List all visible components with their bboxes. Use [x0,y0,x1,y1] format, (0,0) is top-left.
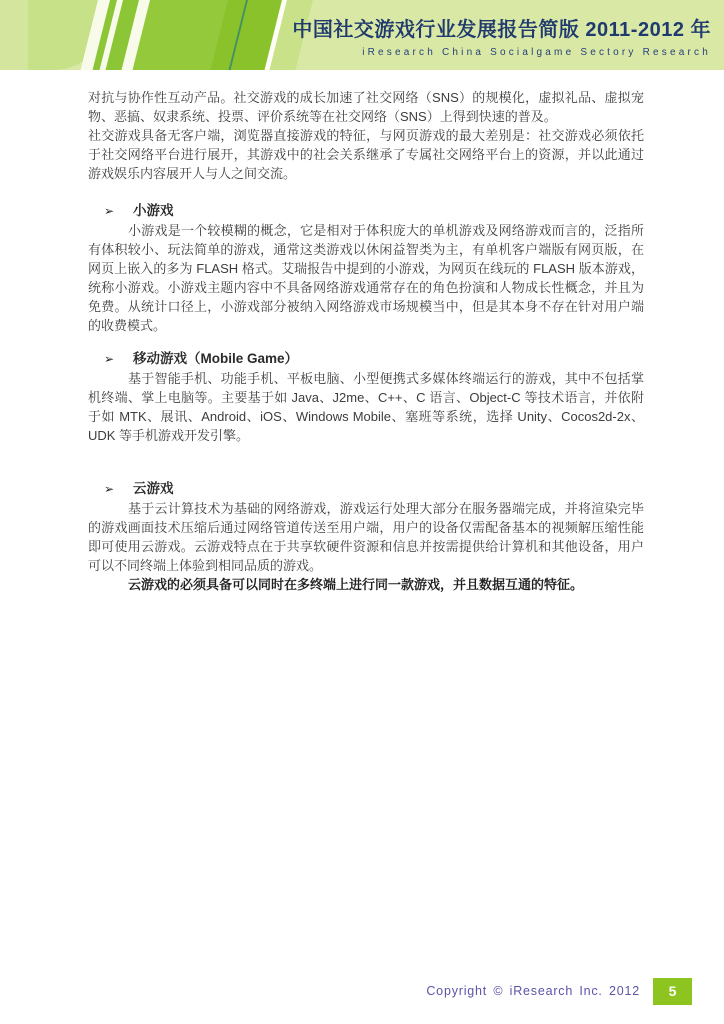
intro-paragraph: 社交游戏具备无客户端，浏览器直接游戏的特征，与网页游戏的最大差别是：社交游戏必须… [88,126,644,183]
section-heading-minigame: ➢小游戏 [88,201,644,221]
bullet-arrow-icon: ➢ [104,480,133,499]
copyright-text: Copyright © iResearch Inc. 2012 [426,984,640,998]
page-header-banner: 中国社交游戏行业发展报告简版 2011-2012 年 iResearch Chi… [0,0,724,70]
section-paragraph: 基于智能手机、功能手机、平板电脑、小型便携式多媒体终端运行的游戏，其中不包括掌机… [88,369,644,445]
section-heading-label: 云游戏 [133,481,174,496]
section-heading-cloud-game: ➢云游戏 [88,479,644,499]
section-heading-mobile-game: ➢移动游戏（Mobile Game） [88,349,644,369]
header-text-block: 中国社交游戏行业发展报告简版 2011-2012 年 iResearch Chi… [292,13,711,58]
bullet-arrow-icon: ➢ [104,202,133,221]
report-subtitle: iResearch China Socialgame Sectory Resea… [292,47,711,58]
page-number-badge: 5 [653,978,692,1005]
page-footer: Copyright © iResearch Inc. 2012 5 [0,974,724,1008]
report-title: 中国社交游戏行业发展报告简版 2011-2012 年 [292,13,711,42]
bullet-arrow-icon: ➢ [104,350,133,369]
intro-paragraph: 对抗与协作性互动产品。社交游戏的成长加速了社交网络（SNS）的规模化，虚拟礼品、… [88,88,644,126]
section-paragraph: 小游戏是一个较模糊的概念，它是相对于体积庞大的单机游戏及网络游戏而言的，泛指所有… [88,221,644,335]
cloud-game-bold-note: 云游戏的必须具备可以同时在多终端上进行同一款游戏，并且数据互通的特征。 [88,575,644,594]
page-content: 对抗与协作性互动产品。社交游戏的成长加速了社交网络（SNS）的规模化，虚拟礼品、… [88,88,644,594]
section-paragraph: 基于云计算技术为基础的网络游戏，游戏运行处理大部分在服务器端完成，并将渲染完毕的… [88,499,644,575]
section-heading-label: 小游戏 [133,203,174,218]
report-page: 中国社交游戏行业发展报告简版 2011-2012 年 iResearch Chi… [0,0,724,1024]
section-heading-label: 移动游戏（Mobile Game） [133,351,298,366]
